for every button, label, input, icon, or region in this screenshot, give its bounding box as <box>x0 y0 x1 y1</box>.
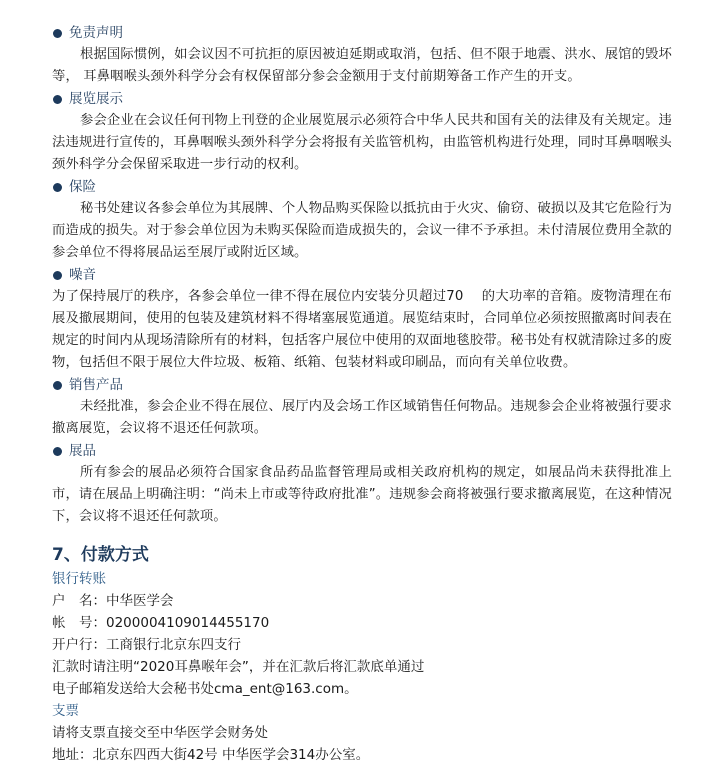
section-heading: 噪音 <box>52 264 672 286</box>
account-number-label: 帐 号： <box>52 615 106 631</box>
transfer-note-line2: 电子邮箱发送给大会秘书处cma_ent@163.com。 <box>52 678 672 700</box>
section-title: 展览展示 <box>69 88 123 110</box>
bullet-icon <box>53 447 62 456</box>
section-body: 为了保持展厅的秩序，各参会单位一律不得在展位内安装分贝超过70 的大功率的音箱。… <box>52 286 672 374</box>
bank-row: 开户行：工商银行北京东四支行 <box>52 634 672 656</box>
section-title: 展品 <box>69 440 96 462</box>
section-disclaimer: 免责声明 根据国际惯例，如会议因不可抗拒的原因被迫延期或取消，包括、但不限于地震… <box>52 22 672 88</box>
section-body: 秘书处建议各参会单位为其展牌、个人物品购买保险以抵抗由于火灾、偷窃、破损以及其它… <box>52 198 672 264</box>
section-body: 根据国际惯例，如会议因不可抗拒的原因被迫延期或取消，包括、但不限于地震、洪水、展… <box>52 44 672 88</box>
cheque-label: 支票 <box>52 700 672 722</box>
section-heading: 展览展示 <box>52 88 672 110</box>
document-page: 免责声明 根据国际惯例，如会议因不可抗拒的原因被迫延期或取消，包括、但不限于地震… <box>52 22 672 766</box>
cheque-line1: 请将支票直接交至中华医学会财务处 <box>52 722 672 744</box>
account-name-value: 中华医学会 <box>106 593 174 609</box>
bullet-icon <box>53 95 62 104</box>
section-title: 销售产品 <box>69 374 123 396</box>
section-noise: 噪音 为了保持展厅的秩序，各参会单位一律不得在展位内安装分贝超过70 的大功率的… <box>52 264 672 374</box>
account-name-row: 户 名：中华医学会 <box>52 590 672 612</box>
section-heading: 免责声明 <box>52 22 672 44</box>
section-heading: 销售产品 <box>52 374 672 396</box>
bank-value: 工商银行北京东四支行 <box>106 637 241 653</box>
bullet-icon <box>53 271 62 280</box>
bank-transfer-label: 银行转账 <box>52 568 672 590</box>
payment-section: 7、付款方式 银行转账 户 名：中华医学会 帐 号：02000041090144… <box>52 542 672 766</box>
cheque-address: 地址：北京东四西大街42号 中华医学会314办公室。 <box>52 744 672 766</box>
section-title: 免责声明 <box>69 22 123 44</box>
section-heading: 保险 <box>52 176 672 198</box>
bullet-icon <box>53 29 62 38</box>
bullet-icon <box>53 183 62 192</box>
transfer-note-line1: 汇款时请注明“2020耳鼻喉年会”，并在汇款后将汇款底单通过 <box>52 656 672 678</box>
section-body: 所有参会的展品必须符合国家食品药品监督管理局或相关政府机构的规定，如展品尚未获得… <box>52 462 672 528</box>
section-title: 保险 <box>69 176 96 198</box>
section-exhibits: 展品 所有参会的展品必须符合国家食品药品监督管理局或相关政府机构的规定，如展品尚… <box>52 440 672 528</box>
section-title: 噪音 <box>69 264 96 286</box>
account-number-value: 0200004109014455170 <box>106 615 269 631</box>
account-name-label: 户 名： <box>52 593 106 609</box>
payment-heading: 7、付款方式 <box>52 542 672 568</box>
section-sales: 销售产品 未经批准，参会企业不得在展位、展厅内及会场工作区域销售任何物品。违规参… <box>52 374 672 440</box>
section-exhibition-display: 展览展示 参会企业在会议任何刊物上刊登的企业展览展示必须符合中华人民共和国有关的… <box>52 88 672 176</box>
section-heading: 展品 <box>52 440 672 462</box>
account-number-row: 帐 号：0200004109014455170 <box>52 612 672 634</box>
bank-label: 开户行： <box>52 637 106 653</box>
section-insurance: 保险 秘书处建议各参会单位为其展牌、个人物品购买保险以抵抗由于火灾、偷窃、破损以… <box>52 176 672 264</box>
section-body: 未经批准，参会企业不得在展位、展厅内及会场工作区域销售任何物品。违规参会企业将被… <box>52 396 672 440</box>
bullet-icon <box>53 381 62 390</box>
section-body: 参会企业在会议任何刊物上刊登的企业展览展示必须符合中华人民共和国有关的法律及有关… <box>52 110 672 176</box>
